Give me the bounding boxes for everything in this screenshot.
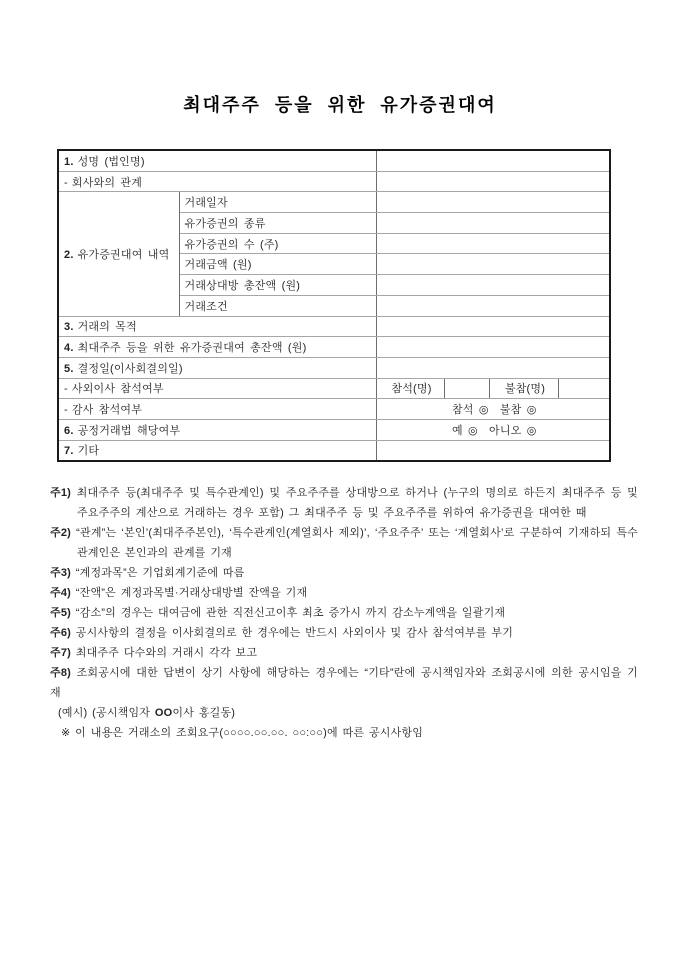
field-value-trade-amount <box>376 254 610 275</box>
field-value-counterparty-balance <box>376 275 610 296</box>
example-line: (예시) (공시책임자 OO이사 홍길동) <box>50 703 638 723</box>
field-value-etc <box>376 440 610 461</box>
row-fair-trade: 6.공정거래법 해당여부 예 ◎ 아니오 ◎ <box>58 419 610 440</box>
footnote-5-text: “감소”의 경우는 대여금에 관한 직전신고이후 최초 증가시 까지 감소누계액… <box>76 607 505 619</box>
field-label-purpose: 3.거래의 목적 <box>58 316 376 337</box>
row-number: 1. <box>64 156 78 168</box>
footnote-5-label: 주5) <box>50 607 71 619</box>
row-number: 6. <box>64 425 78 437</box>
footnote-3-text: “계정과목”은 기업회계기준에 따름 <box>76 567 245 579</box>
field-label-text: 유가증권대여 내역 <box>78 249 170 261</box>
footnote-2-text: “관계”는 ‘본인’(최대주주본인), ‘특수관계인(계열회사 제외)’, ‘주… <box>76 527 638 559</box>
field-label-text: 성명 (법인명) <box>78 156 145 168</box>
dash-mark: - <box>64 404 72 416</box>
footnote-3-label: 주3) <box>50 567 71 579</box>
footnote-1-text: 최대주주 등(최대주주 및 특수관계인) 및 주요주주를 상대방으로 하거나 (… <box>77 487 638 519</box>
footnote-6-text: 공시사항의 결정을 이사회결의로 한 경우에는 반드시 사외이사 및 감사 참석… <box>76 627 513 639</box>
absent-count-label: 불참(명) <box>489 378 558 399</box>
field-label-trade-date: 거래일자 <box>179 192 376 213</box>
footnotes-section: 주1) 최대주주 등(최대주주 및 특수관계인) 및 주요주주를 상대방으로 하… <box>50 483 638 743</box>
row-outside-director: -사외이사 참석여부 참석(명) 불참(명) <box>58 378 610 399</box>
footnote-7-label: 주7) <box>50 647 71 659</box>
auditor-attendance-options: 참석 ◎ 불참 ◎ <box>376 399 610 420</box>
field-label-total-balance: 4.최대주주 등을 위한 유가증권대여 총잔액 (원) <box>58 337 376 358</box>
attend-count-value <box>444 378 489 399</box>
field-value-security-type <box>376 213 610 234</box>
footnote-8-label: 주8) <box>50 667 71 679</box>
row-number: 7. <box>64 445 78 457</box>
row-number: 5. <box>64 363 78 375</box>
field-label-etc: 7.기타 <box>58 440 376 461</box>
document-page: 최대주주 등을 위한 유가증권대여 1.성명 (법인명) -회사와의 관계 2.… <box>0 0 680 962</box>
field-label-text: 회사와의 관계 <box>72 177 142 189</box>
row-total-balance: 4.최대주주 등을 위한 유가증권대여 총잔액 (원) <box>58 337 610 358</box>
footnote-4: 주4) “잔액”은 계정과목별·거래상대방별 잔액을 기재 <box>50 583 638 603</box>
dash-mark: - <box>64 383 72 395</box>
row-etc: 7.기타 <box>58 440 610 461</box>
row-purpose: 3.거래의 목적 <box>58 316 610 337</box>
footnote-2-label: 주2) <box>50 527 71 539</box>
row-number: 2. <box>64 249 78 261</box>
row-auditor-attendance: -감사 참석여부 참석 ◎ 불참 ◎ <box>58 399 610 420</box>
footnote-7-text: 최대주주 다수와의 거래시 각각 보고 <box>76 647 257 659</box>
field-value-relation <box>376 171 610 192</box>
field-label-trade-terms: 거래조건 <box>179 295 376 316</box>
footnote-6: 주6) 공시사항의 결정을 이사회결의로 한 경우에는 반드시 사외이사 및 감… <box>50 623 638 643</box>
field-label-text: 결정일(이사회결의일) <box>78 363 183 375</box>
attend-count-label: 참석(명) <box>376 378 444 399</box>
footnote-3: 주3) “계정과목”은 기업회계기준에 따름 <box>50 563 638 583</box>
footnote-1: 주1) 최대주주 등(최대주주 및 특수관계인) 및 주요주주를 상대방으로 하… <box>50 483 638 523</box>
field-label-name: 1.성명 (법인명) <box>58 150 376 171</box>
row-name: 1.성명 (법인명) <box>58 150 610 171</box>
field-label-text: 기타 <box>78 445 100 457</box>
field-value-purpose <box>376 316 610 337</box>
footnote-8-text: 조회공시에 대한 답변이 상기 사항에 해당하는 경우에는 “기타”란에 공시책… <box>50 667 638 699</box>
field-label-decision-date: 5.결정일(이사회결의일) <box>58 357 376 378</box>
field-value-decision-date <box>376 357 610 378</box>
row-number: 4. <box>64 342 78 354</box>
field-label-counterparty-balance: 거래상대방 총잔액 (원) <box>179 275 376 296</box>
footnote-2: 주2) “관계”는 ‘본인’(최대주주본인), ‘특수관계인(계열회사 제외)’… <box>50 523 638 563</box>
field-label-auditor-attendance: -감사 참석여부 <box>58 399 376 420</box>
field-label-outside-director: -사외이사 참석여부 <box>58 378 376 399</box>
field-label-security-count: 유가증권의 수 (주) <box>179 233 376 254</box>
row-lending-date: 2.유가증권대여 내역 거래일자 <box>58 192 610 213</box>
page-title: 최대주주 등을 위한 유가증권대여 <box>0 91 680 117</box>
field-label-security-type: 유가증권의 종류 <box>179 213 376 234</box>
field-value-name <box>376 150 610 171</box>
footnote-5: 주5) “감소”의 경우는 대여금에 관한 직전신고이후 최초 증가시 까지 감… <box>50 603 638 623</box>
footnote-1-label: 주1) <box>50 487 71 499</box>
field-value-total-balance <box>376 337 610 358</box>
field-label-text: 사외이사 참석여부 <box>72 383 164 395</box>
footnote-7: 주7) 최대주주 다수와의 거래시 각각 보고 <box>50 643 638 663</box>
footnote-6-label: 주6) <box>50 627 71 639</box>
field-value-trade-date <box>376 192 610 213</box>
footnote-8: 주8) 조회공시에 대한 답변이 상기 사항에 해당하는 경우에는 “기타”란에… <box>50 663 638 703</box>
field-label-text: 공정거래법 해당여부 <box>78 425 181 437</box>
field-label-text: 최대주주 등을 위한 유가증권대여 총잔액 (원) <box>78 342 307 354</box>
field-label-relation: -회사와의 관계 <box>58 171 376 192</box>
field-label-text: 거래의 목적 <box>78 321 137 333</box>
footnote-4-label: 주4) <box>50 587 71 599</box>
field-label-fair-trade: 6.공정거래법 해당여부 <box>58 419 376 440</box>
exchange-inquiry-reference: ※ 이 내용은 거래소의 조회요구(○○○○.○○.○○. ○○:○○)에 따른… <box>50 723 638 743</box>
fair-trade-options: 예 ◎ 아니오 ◎ <box>376 419 610 440</box>
example-prefix: (예시) (공시책임자 <box>58 707 155 719</box>
row-decision-date: 5.결정일(이사회결의일) <box>58 357 610 378</box>
absent-count-value <box>558 378 610 399</box>
row-relation: -회사와의 관계 <box>58 171 610 192</box>
example-suffix: 이사 홍길동) <box>172 707 235 719</box>
field-label-lending-group: 2.유가증권대여 내역 <box>58 192 179 316</box>
footnote-4-text: “잔액”은 계정과목별·거래상대방별 잔액을 기재 <box>76 587 308 599</box>
dash-mark: - <box>64 177 72 189</box>
field-label-text: 감사 참석여부 <box>72 404 142 416</box>
row-number: 3. <box>64 321 78 333</box>
field-label-trade-amount: 거래금액 (원) <box>179 254 376 275</box>
disclosure-form-table: 1.성명 (법인명) -회사와의 관계 2.유가증권대여 내역 거래일자 유가증… <box>57 149 611 462</box>
example-officer-placeholder: OO <box>155 707 173 719</box>
field-value-trade-terms <box>376 295 610 316</box>
field-value-security-count <box>376 233 610 254</box>
